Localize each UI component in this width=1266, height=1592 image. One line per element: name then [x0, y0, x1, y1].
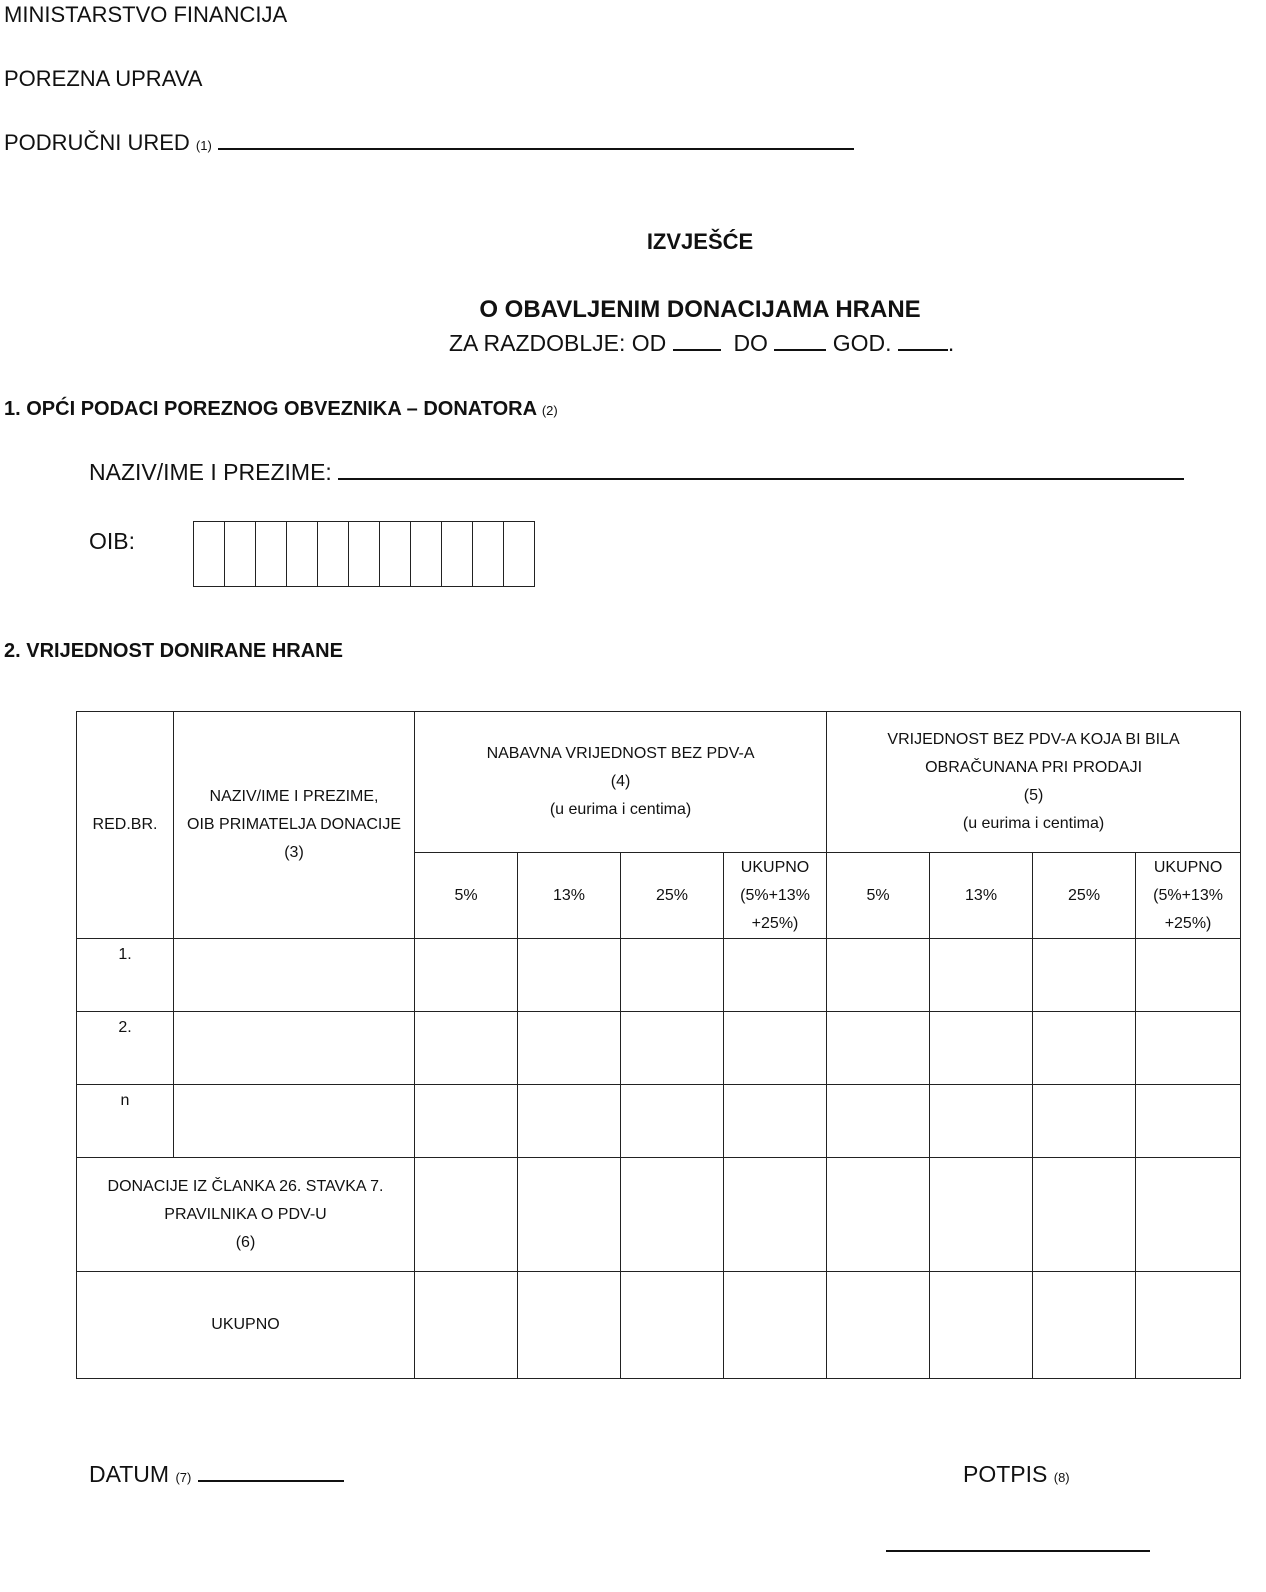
- row-number: 2.: [77, 1012, 174, 1085]
- value-cell[interactable]: [415, 1085, 518, 1158]
- purchase-header-unit: (u eurima i centima): [415, 796, 826, 824]
- oib-digit-box[interactable]: [442, 522, 473, 586]
- donor-name-label: NAZIV/IME I PREZIME:: [89, 459, 332, 485]
- value-cell[interactable]: [930, 1012, 1033, 1085]
- recipient-header-note: (3): [174, 839, 414, 867]
- cell[interactable]: [724, 1158, 827, 1272]
- signature-label: POTPIS: [963, 1461, 1047, 1487]
- cell[interactable]: [415, 1158, 518, 1272]
- total-header: UKUPNO(5%+13%+25%): [724, 853, 827, 939]
- value-cell[interactable]: [1136, 1012, 1241, 1085]
- row-number: 1.: [77, 939, 174, 1012]
- table-row: n: [77, 1085, 1241, 1158]
- cell[interactable]: [827, 1272, 930, 1379]
- value-cell[interactable]: [1033, 1012, 1136, 1085]
- purchase-header-line: NABAVNA VRIJEDNOST BEZ PDV-A: [415, 740, 826, 768]
- sale-header-note: (5): [827, 782, 1240, 810]
- value-cell[interactable]: [1033, 939, 1136, 1012]
- recipient-cell[interactable]: [174, 1085, 415, 1158]
- donor-name-field[interactable]: [338, 478, 1184, 480]
- value-cell[interactable]: [827, 1012, 930, 1085]
- rate-header: 25%: [1033, 853, 1136, 939]
- rate-header: 5%: [827, 853, 930, 939]
- date-field[interactable]: [198, 1480, 344, 1482]
- total-header-line: +25%): [1136, 910, 1240, 938]
- total-header-line: +25%): [724, 910, 826, 938]
- regional-office-note: (1): [196, 138, 212, 153]
- recipient-header-line: OIB PRIMATELJA DONACIJE: [174, 811, 414, 839]
- cell[interactable]: [1136, 1158, 1241, 1272]
- cell[interactable]: [1033, 1272, 1136, 1379]
- rate-header: 13%: [518, 853, 621, 939]
- rate-header: 5%: [415, 853, 518, 939]
- ministry-name: MINISTARSTVO FINANCIJA: [4, 2, 287, 28]
- section-1-heading: 1. OPĆI PODACI POREZNOG OBVEZNIKA – DONA…: [4, 398, 558, 421]
- cell[interactable]: [724, 1272, 827, 1379]
- value-cell[interactable]: [621, 939, 724, 1012]
- report-subtitle: O OBAVLJENIM DONACIJAMA HRANE: [0, 296, 1266, 324]
- oib-digit-box[interactable]: [287, 522, 318, 586]
- value-cell[interactable]: [1033, 1085, 1136, 1158]
- value-cell[interactable]: [621, 1012, 724, 1085]
- cell[interactable]: [1136, 1272, 1241, 1379]
- oib-digit-box[interactable]: [380, 522, 411, 586]
- sale-header-line: VRIJEDNOST BEZ PDV-A KOJA BI BILA: [827, 726, 1240, 754]
- value-cell[interactable]: [1136, 939, 1241, 1012]
- oib-digit-box[interactable]: [473, 522, 504, 586]
- section-2-heading: 2. VRIJEDNOST DONIRANE HRANE: [4, 640, 343, 663]
- cell[interactable]: [621, 1272, 724, 1379]
- value-cell[interactable]: [724, 1085, 827, 1158]
- donor-name-line: NAZIV/IME I PREZIME:: [89, 459, 1184, 486]
- article-row-line: DONACIJE IZ ČLANKA 26. STAVKA 7.: [77, 1173, 414, 1201]
- value-cell[interactable]: [724, 1012, 827, 1085]
- signature-field[interactable]: [886, 1528, 1150, 1552]
- value-cell[interactable]: [724, 939, 827, 1012]
- recipient-header-line: NAZIV/IME I PREZIME,: [174, 783, 414, 811]
- value-cell[interactable]: [930, 1085, 1033, 1158]
- oib-digit-box[interactable]: [411, 522, 442, 586]
- purchase-header-note: (4): [415, 768, 826, 796]
- article-row-label: DONACIJE IZ ČLANKA 26. STAVKA 7. PRAVILN…: [77, 1158, 415, 1272]
- value-cell[interactable]: [1136, 1085, 1241, 1158]
- sale-header-unit: (u eurima i centima): [827, 810, 1240, 838]
- col-header-recipient: NAZIV/IME I PREZIME, OIB PRIMATELJA DONA…: [174, 712, 415, 939]
- period-from-label: ZA RAZDOBLJE: OD: [449, 330, 666, 356]
- article-row-line: PRAVILNIKA O PDV-U: [77, 1201, 414, 1229]
- cell[interactable]: [1033, 1158, 1136, 1272]
- section-1-note: (2): [542, 403, 558, 418]
- group-header-sale: VRIJEDNOST BEZ PDV-A KOJA BI BILA OBRAČU…: [827, 712, 1241, 853]
- rate-header: 13%: [930, 853, 1033, 939]
- period-from-field[interactable]: [673, 349, 721, 351]
- total-header-line: UKUPNO: [1136, 854, 1240, 882]
- value-cell[interactable]: [415, 939, 518, 1012]
- row-number: n: [77, 1085, 174, 1158]
- cell[interactable]: [518, 1272, 621, 1379]
- period-line: ZA RAZDOBLJE: OD DO GOD. .: [449, 330, 954, 357]
- date-label: DATUM: [89, 1461, 169, 1487]
- signature-note: (8): [1054, 1470, 1070, 1485]
- section-1-heading-text: 1. OPĆI PODACI POREZNOG OBVEZNIKA – DONA…: [4, 398, 536, 420]
- regional-office-field[interactable]: [218, 148, 854, 150]
- value-cell[interactable]: [518, 939, 621, 1012]
- value-cell[interactable]: [415, 1012, 518, 1085]
- period-to-field[interactable]: [774, 349, 826, 351]
- oib-digit-box[interactable]: [256, 522, 287, 586]
- table-row: 2.: [77, 1012, 1241, 1085]
- oib-digit-box[interactable]: [349, 522, 380, 586]
- col-header-redbr: RED.BR.: [77, 712, 174, 939]
- total-header-line: (5%+13%: [724, 882, 826, 910]
- oib-label: OIB:: [89, 528, 135, 555]
- value-cell[interactable]: [930, 939, 1033, 1012]
- date-note: (7): [175, 1470, 191, 1485]
- date-line: DATUM (7): [89, 1461, 344, 1488]
- oib-digit-box[interactable]: [318, 522, 349, 586]
- total-header-line: (5%+13%: [1136, 882, 1240, 910]
- period-to-label: DO: [733, 330, 768, 356]
- group-header-purchase: NABAVNA VRIJEDNOST BEZ PDV-A (4) (u euri…: [415, 712, 827, 853]
- cell[interactable]: [827, 1158, 930, 1272]
- signature-label-line: POTPIS (8): [963, 1461, 1070, 1488]
- rate-header: 25%: [621, 853, 724, 939]
- oib-digit-box[interactable]: [194, 522, 225, 586]
- period-year-label: GOD.: [833, 330, 892, 356]
- value-cell[interactable]: [518, 1085, 621, 1158]
- value-cell[interactable]: [621, 1085, 724, 1158]
- recipient-cell[interactable]: [174, 939, 415, 1012]
- cell[interactable]: [930, 1272, 1033, 1379]
- cell[interactable]: [930, 1158, 1033, 1272]
- donation-table: RED.BR. NAZIV/IME I PREZIME, OIB PRIMATE…: [76, 711, 1241, 1379]
- tax-administration: POREZNA UPRAVA: [4, 66, 202, 92]
- cell[interactable]: [415, 1272, 518, 1379]
- period-year-field[interactable]: [898, 349, 948, 351]
- recipient-cell[interactable]: [174, 1012, 415, 1085]
- total-row-label: UKUPNO: [77, 1272, 415, 1379]
- table-row: 1.: [77, 939, 1241, 1012]
- regional-office-label: PODRUČNI URED: [4, 130, 190, 155]
- regional-office-line: PODRUČNI URED (1): [4, 130, 854, 156]
- value-cell[interactable]: [518, 1012, 621, 1085]
- oib-digit-box[interactable]: [504, 522, 535, 586]
- value-cell[interactable]: [827, 939, 930, 1012]
- value-cell[interactable]: [827, 1085, 930, 1158]
- oib-digit-box[interactable]: [225, 522, 256, 586]
- oib-boxes: [193, 521, 535, 587]
- article-row-note: (6): [77, 1229, 414, 1257]
- cell[interactable]: [518, 1158, 621, 1272]
- sale-header-line: OBRAČUNANA PRI PRODAJI: [827, 754, 1240, 782]
- report-title: IZVJEŠĆE: [0, 229, 1266, 255]
- total-header-line: UKUPNO: [724, 854, 826, 882]
- cell[interactable]: [621, 1158, 724, 1272]
- total-header: UKUPNO(5%+13%+25%): [1136, 853, 1241, 939]
